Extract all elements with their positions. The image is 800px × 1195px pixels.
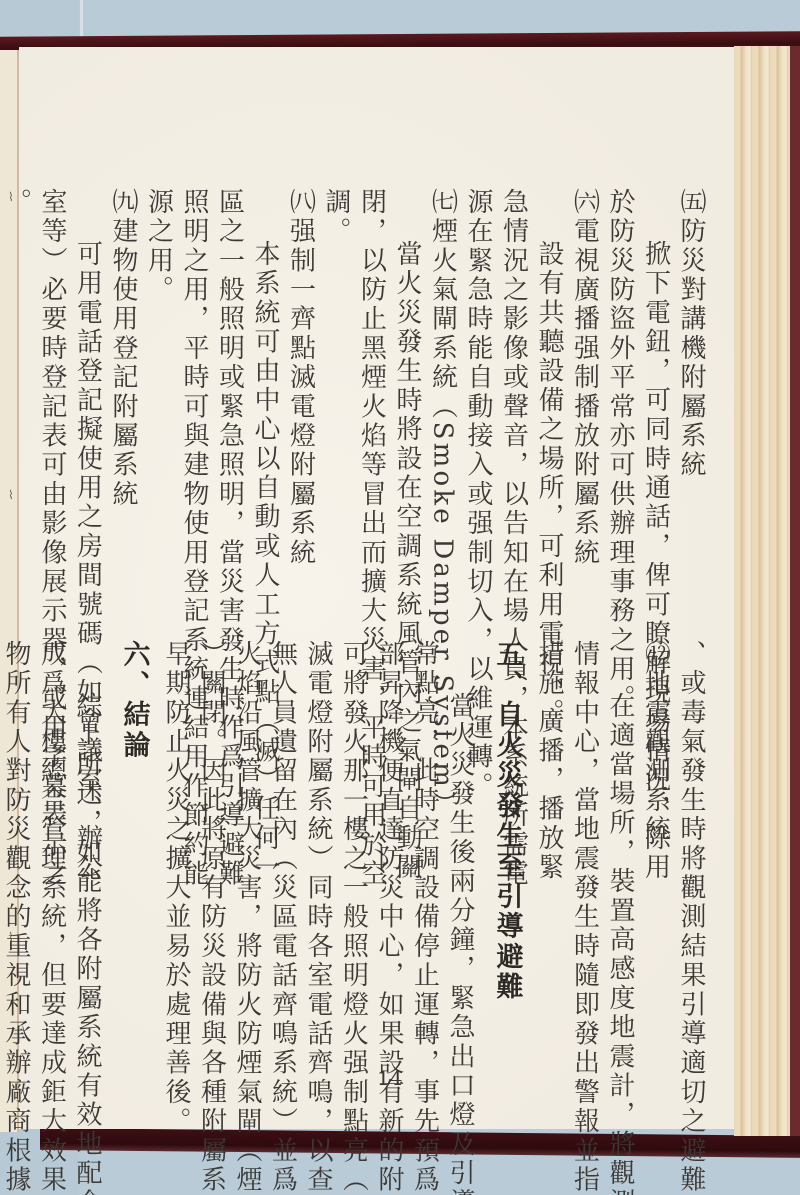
section-heading: 六、結論 xyxy=(116,640,152,1040)
text-block-bottom: 、或毒氣發生時將觀測結果引導適切之避難措施。 ⑫地震觀測系統 在適當場所，裝置高… xyxy=(0,640,708,1040)
paragraph-line: 措施。 xyxy=(531,640,567,1040)
item-title: ㈧强制一齊點滅電燈附屬系統 xyxy=(282,188,318,628)
paragraph-line: 常點亮，此時空調設備停止運轉，事先預爲指定之某一 xyxy=(406,640,442,1040)
paragraph-line: 可用電話登記擬使用之房間號碼（如會議室、辦公 xyxy=(69,188,105,628)
paragraph-line: 在適當場所，裝置高感度地震計，將觀測紀錄送至 xyxy=(602,640,638,1040)
item-title: ⑫地震觀測系統 xyxy=(637,640,673,1040)
paragraph-line: 調。 xyxy=(318,188,354,628)
section-heading: 五、自火災發生至引導避難 xyxy=(489,640,525,1040)
paragraph-line: 設有共聽設備之場所，可利用電視、廣播，播放緊 xyxy=(531,188,567,628)
page-number: 14 xyxy=(377,1066,402,1090)
paragraph-line: 照明之用，平時可與建物使用登記系統連結用作節約能 xyxy=(176,188,212,628)
paragraph-line: ）關閉。因此將原有防災設備與各種附屬系統合併後可 xyxy=(193,640,229,1040)
paragraph-line: 。 xyxy=(0,188,34,628)
paragraph-line: 閉，以防止黑煙火焰等冒出而擴大災害，平時可用於空 xyxy=(353,188,389,628)
paragraph-line: 掀下電鈕，可同時通話，俾可瞭解現場情況，除用 xyxy=(637,188,673,628)
paragraph-line: 本系統可由中心以自動或人工方式點（滅）任何一 xyxy=(247,188,283,628)
item-title: ㈦煙火氣閘系統（Smoke Damper System） xyxy=(424,188,460,628)
text-block-top: ㈤防災對講機附屬系統 掀下電鈕，可同時通話，俾可瞭解現場情況，除用 於防災防盜外… xyxy=(0,188,708,628)
item-title: ㈤防災對講機附屬系統 xyxy=(673,188,709,628)
paragraph-line: 部昇降機便直達防災中心，如果設有新的附屬系統，則 xyxy=(371,640,407,1040)
paragraph-line: 當火災發生後兩分鐘，緊急出口燈及引導燈仍然照 xyxy=(442,640,478,1040)
paragraph-line: 無人員遺留在內（災區電話齊鳴系統）並爲防止黑煙或 xyxy=(264,640,300,1040)
paragraph-line: 急情況之影像或聲音，以告知在場人員，本系統所需電 xyxy=(495,188,531,628)
paragraph-line: 情報中心，當地震發生時隨即發出警報並指示適當防災 xyxy=(566,640,602,1040)
paragraph-line: 可將發火那一樓之一般照明燈火强制點亮（强制一齊點 xyxy=(335,640,371,1040)
paragraph-line: 物所有人對防災觀念的重視和承辦廠商根據自然科學或 xyxy=(0,640,33,1040)
paragraph-line: 當火災發生時將設在空調系統風管內之氣閘自動關 xyxy=(389,188,425,628)
page-stack-edges xyxy=(734,46,800,1136)
paragraph-line: 成爲大樓總合管理系統，但要達成鉅大效果，必須要建 xyxy=(33,640,69,1040)
paragraph-line: 火焰沿風管擴大災害，將防火防煙氣閘（煙火氣閘系統 xyxy=(229,640,265,1040)
item-title: ㈥電視廣播强制播放附屬系統 xyxy=(566,188,602,628)
paragraph-line: 源在緊急時能自動接入或强制切入，以維運轉。 xyxy=(460,188,496,628)
paragraph-line: 綜上所述，如能將各附屬系統有效地配合運用便可 xyxy=(69,640,105,1040)
paragraph-line: 早期防止火災之擴大並易於處理善後。 xyxy=(158,640,194,1040)
item-title: ㈨建物使用登記附屬系統 xyxy=(105,188,141,628)
paragraph-line: 、或毒氣發生時將觀測結果引導適切之避難措施。 xyxy=(673,640,709,1040)
paragraph-line: 源之用。 xyxy=(140,188,176,628)
paragraph-line: 滅電燈附屬系統）同時各室電話齊鳴，以查核災區內有 xyxy=(300,640,336,1040)
paragraph-line: 室等）必要時登記表可由影像展示器，或用字幕表示之 xyxy=(34,188,70,628)
background-seam xyxy=(80,0,83,40)
paragraph-line: 區之一般照明或緊急照明，當災害發生時作爲引導避難 xyxy=(211,188,247,628)
paragraph-line: 於防災防盜外平常亦可供辦理事務之用。 xyxy=(602,188,638,628)
